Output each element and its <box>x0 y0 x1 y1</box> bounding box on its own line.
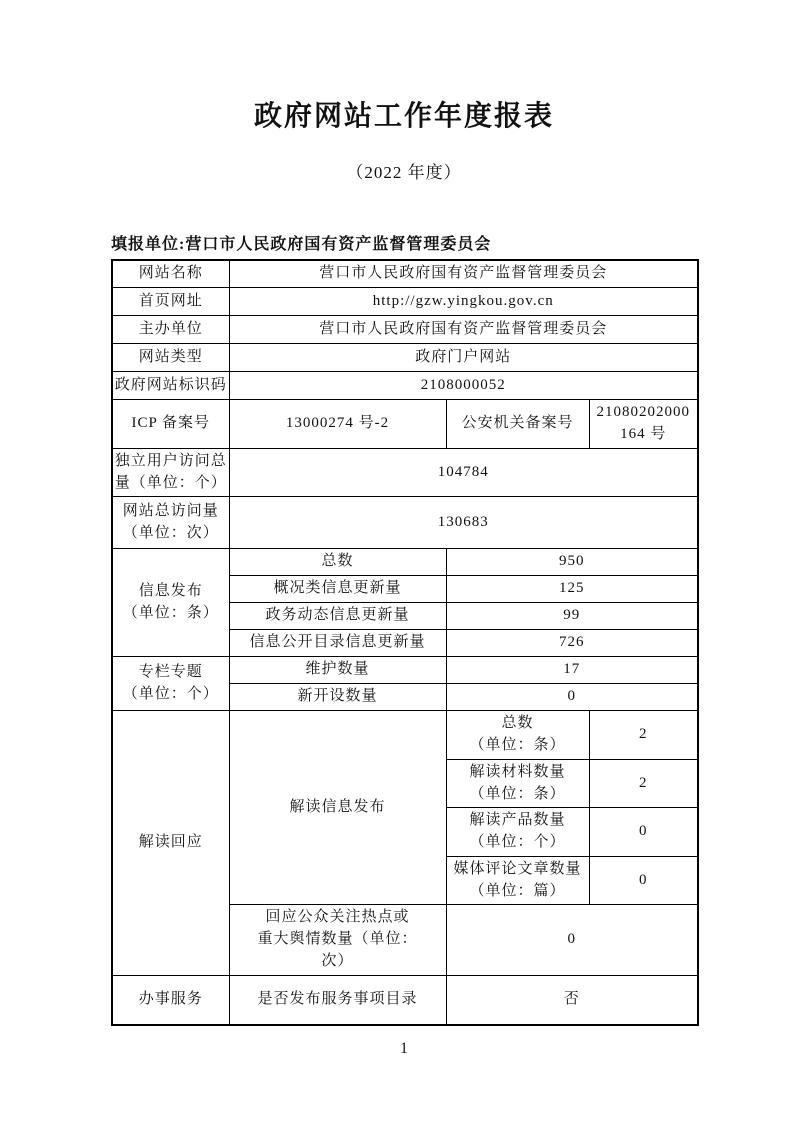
police-record-value: 21080202000 164 号 <box>589 400 698 449</box>
table-row: ICP 备案号 13000274 号-2 公安机关备案号 21080202000… <box>112 400 698 449</box>
table-row: 网站类型 政府门户网站 <box>112 344 698 372</box>
icp-value: 13000274 号-2 <box>229 400 446 449</box>
interpretation-total-label: 总数 （单位：条） <box>446 711 589 760</box>
special-columns-group-label: 专栏专题 （单位：个） <box>112 657 229 711</box>
homepage-url-value: http://gzw.yingkou.gov.cn <box>229 288 698 316</box>
interpretation-product-label: 解读产品数量 （单位：个） <box>446 808 589 857</box>
unique-visitors-label: 独立用户访问总 量（单位：个） <box>112 448 229 497</box>
unique-visitors-value: 104784 <box>229 448 698 497</box>
services-directory-label: 是否发布服务事项目录 <box>229 975 446 1025</box>
services-directory-value: 否 <box>446 975 698 1025</box>
annual-report-table: 网站名称 营口市人民政府国有资产监督管理委员会 首页网址 http://gzw.… <box>111 259 699 1026</box>
interpretation-media-value: 0 <box>589 856 698 905</box>
page-number: 1 <box>111 1040 697 1058</box>
info-release-directory-value: 726 <box>446 630 698 657</box>
document-content: 政府网站工作年度报表 （2022 年度） 填报单位:营口市人民政府国有资产监督管… <box>111 0 697 1026</box>
table-row: 专栏专题 （单位：个） 维护数量 17 <box>112 657 698 684</box>
total-visits-value: 130683 <box>229 497 698 549</box>
site-id-code-label: 政府网站标识码 <box>112 372 229 400</box>
interpretation-material-value: 2 <box>589 759 698 808</box>
table-row: 信息发布 （单位：条） 总数 950 <box>112 549 698 576</box>
special-columns-new-value: 0 <box>446 684 698 711</box>
interpretation-product-value: 0 <box>589 808 698 857</box>
interpretation-material-label: 解读材料数量 （单位：条） <box>446 759 589 808</box>
table-row: 解读回应 解读信息发布 总数 （单位：条） 2 <box>112 711 698 760</box>
site-id-code-value: 2108000052 <box>229 372 698 400</box>
homepage-url-label: 首页网址 <box>112 288 229 316</box>
info-release-overview-value: 125 <box>446 576 698 603</box>
site-name-label: 网站名称 <box>112 260 229 288</box>
filing-unit-line: 填报单位:营口市人民政府国有资产监督管理委员会 <box>111 235 697 254</box>
table-row: 首页网址 http://gzw.yingkou.gov.cn <box>112 288 698 316</box>
sponsor-label: 主办单位 <box>112 316 229 344</box>
info-release-total-label: 总数 <box>229 549 446 576</box>
table-row: 主办单位 营口市人民政府国有资产监督管理委员会 <box>112 316 698 344</box>
hot-response-label: 回应公众关注热点或 重大舆情数量（单位： 次） <box>229 905 446 975</box>
page-subtitle: （2022 年度） <box>111 158 697 183</box>
table-row: 政府网站标识码 2108000052 <box>112 372 698 400</box>
info-release-news-label: 政务动态信息更新量 <box>229 603 446 630</box>
table-row: 网站总访问量 （单位：次） 130683 <box>112 497 698 549</box>
info-release-news-value: 99 <box>446 603 698 630</box>
police-record-label: 公安机关备案号 <box>446 400 589 449</box>
site-type-label: 网站类型 <box>112 344 229 372</box>
special-columns-maintained-value: 17 <box>446 657 698 684</box>
site-type-value: 政府门户网站 <box>229 344 698 372</box>
info-release-total-value: 950 <box>446 549 698 576</box>
table-row: 办事服务 是否发布服务事项目录 否 <box>112 975 698 1025</box>
hot-response-value: 0 <box>446 905 698 975</box>
interpretation-media-label: 媒体评论文章数量 （单位：篇） <box>446 856 589 905</box>
site-name-value: 营口市人民政府国有资产监督管理委员会 <box>229 260 698 288</box>
total-visits-label: 网站总访问量 （单位：次） <box>112 497 229 549</box>
interpretation-total-value: 2 <box>589 711 698 760</box>
document-page: 政府网站工作年度报表 （2022 年度） 填报单位:营口市人民政府国有资产监督管… <box>0 0 793 1122</box>
special-columns-new-label: 新开设数量 <box>229 684 446 711</box>
table-row: 网站名称 营口市人民政府国有资产监督管理委员会 <box>112 260 698 288</box>
info-release-overview-label: 概况类信息更新量 <box>229 576 446 603</box>
services-group-label: 办事服务 <box>112 975 229 1025</box>
page-title: 政府网站工作年度报表 <box>111 100 697 134</box>
interpretation-release-label: 解读信息发布 <box>229 711 446 905</box>
interpretation-group-label: 解读回应 <box>112 711 229 975</box>
icp-label: ICP 备案号 <box>112 400 229 449</box>
special-columns-maintained-label: 维护数量 <box>229 657 446 684</box>
sponsor-value: 营口市人民政府国有资产监督管理委员会 <box>229 316 698 344</box>
info-release-directory-label: 信息公开目录信息更新量 <box>229 630 446 657</box>
table-row: 独立用户访问总 量（单位：个） 104784 <box>112 448 698 497</box>
info-release-group-label: 信息发布 （单位：条） <box>112 549 229 657</box>
